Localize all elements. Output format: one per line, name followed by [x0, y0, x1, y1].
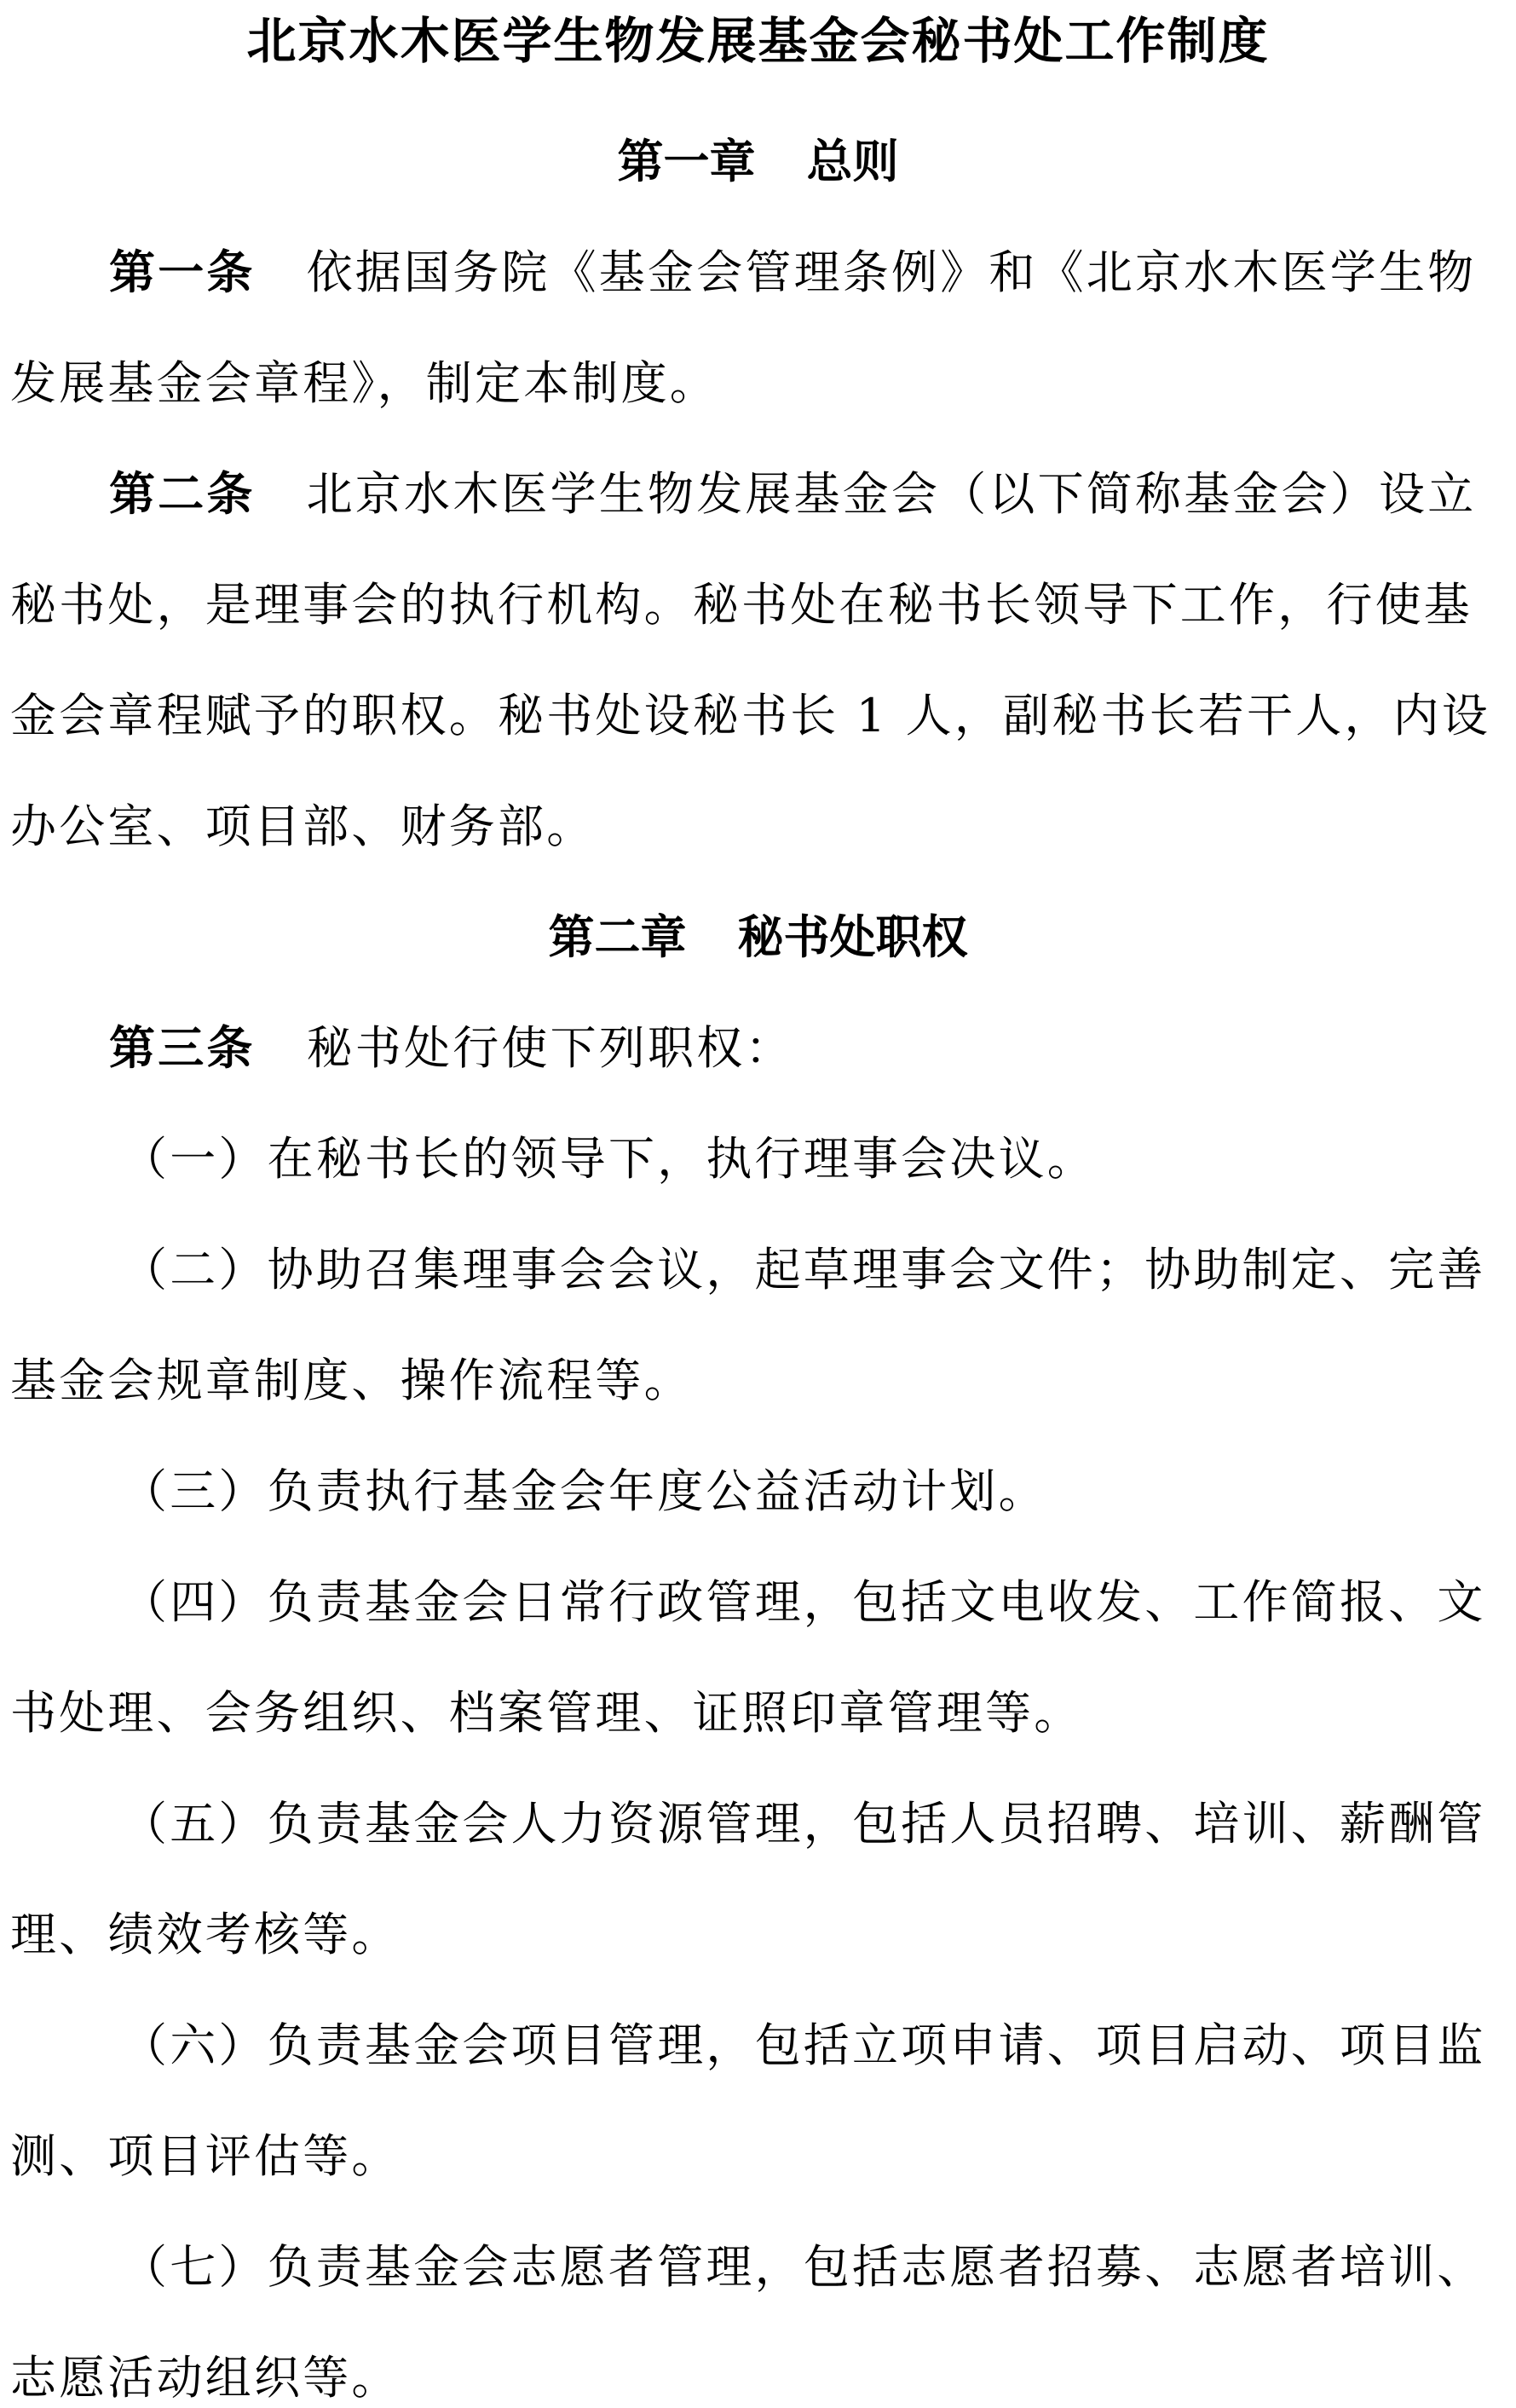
article-2-line-3: 金会章程赋予的职权。秘书处设秘书长 1 人，副秘书长若干人，内设	[10, 686, 1492, 746]
article-3-line-1: 第三条秘书处行使下列职权：	[109, 1019, 1492, 1078]
article-2-line-2: 秘书处，是理事会的执行机构。秘书处在秘书长领导下工作，行使基	[10, 575, 1492, 635]
item-6-line-2: 测、项目评估等。	[10, 2127, 1492, 2186]
item-2-line-1: （二）协助召集理事会会议，起草理事会文件；协助制定、完善	[121, 1240, 1492, 1300]
article-2-line-4: 办公室、项目部、财务部。	[10, 797, 1492, 857]
article-1-line-1: 第一条依据国务院《基金会管理条例》和《北京水木医学生物	[109, 243, 1492, 303]
chapter-2-heading: 第二章秘书处职权	[0, 908, 1516, 967]
article-2-line-1: 第二条北京水木医学生物发展基金会（以下简称基金会）设立	[109, 465, 1492, 524]
chapter-1-heading: 第一章总则	[0, 132, 1516, 192]
item-7-line-2: 志愿活动组织等。	[10, 2348, 1492, 2408]
item-4-line-1: （四）负责基金会日常行政管理，包括文电收发、工作简报、文	[121, 1573, 1492, 1632]
item-5-line-1: （五）负责基金会人力资源管理，包括人员招聘、培训、薪酬管	[121, 1794, 1492, 1854]
article-text: 北京水木医学生物发展基金会（以下简称基金会）设立	[307, 467, 1477, 521]
item-3-line-1: （三）负责执行基金会年度公益活动计划。	[121, 1462, 1492, 1522]
item-7-line-1: （七）负责基金会志愿者管理，包括志愿者招募、志愿者培训、	[121, 2238, 1492, 2297]
chapter-number: 第二章	[549, 910, 687, 964]
document-page: 北京水木医学生物发展基金会秘书处工作制度 第一章总则 第一条依据国务院《基金会管…	[0, 0, 1516, 2408]
chapter-name: 秘书处职权	[738, 910, 968, 964]
item-2-line-2: 基金会规章制度、操作流程等。	[10, 1351, 1492, 1411]
article-text: 秘书处行使下列职权：	[307, 1021, 794, 1075]
article-1-line-2: 发展基金会章程》，制定本制度。	[10, 354, 1492, 413]
article-text: 依据国务院《基金会管理条例》和《北京水木医学生物	[307, 245, 1477, 299]
article-label: 第二条	[109, 467, 256, 521]
item-1-line-1: （一）在秘书长的领导下，执行理事会决议。	[121, 1129, 1492, 1189]
chapter-number: 第一章	[618, 135, 756, 188]
chapter-name: 总则	[807, 135, 899, 188]
article-label: 第三条	[109, 1021, 256, 1075]
document-title: 北京水木医学生物发展基金会秘书处工作制度	[0, 7, 1516, 75]
article-label: 第一条	[109, 245, 256, 299]
item-6-line-1: （六）负责基金会项目管理，包括立项申请、项目启动、项目监	[121, 2016, 1492, 2076]
item-5-line-2: 理、绩效考核等。	[10, 1905, 1492, 1965]
item-4-line-2: 书处理、会务组织、档案管理、证照印章管理等。	[10, 1683, 1492, 1743]
